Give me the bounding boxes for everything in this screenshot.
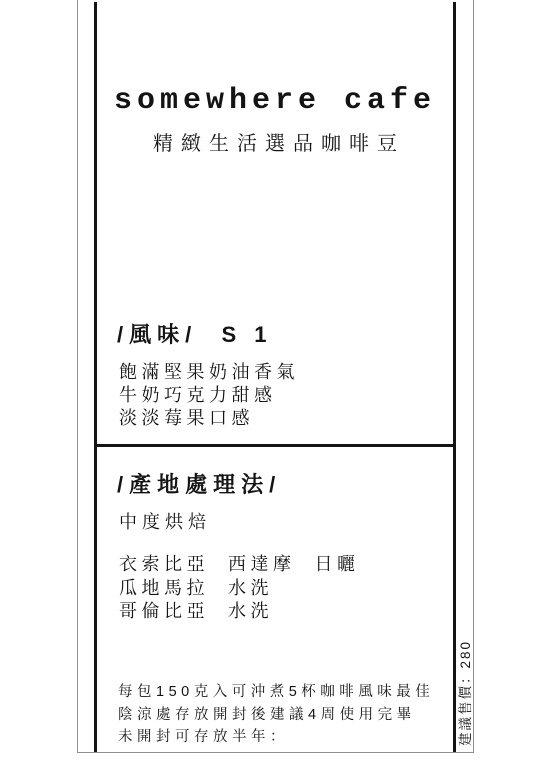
coffee-label-page: somewhere cafe 精緻生活選品咖啡豆 /風味/ S 1 飽滿堅果奶油… <box>0 0 550 776</box>
brand-title: somewhere cafe <box>95 84 455 118</box>
brand-tagline: 精緻生活選品咖啡豆 <box>95 127 455 156</box>
flavor-note-line: 飽滿堅果奶油香氣 <box>119 361 299 384</box>
flavor-notes: 飽滿堅果奶油香氣 牛奶巧克力甜感 淡淡莓果口感 <box>119 361 299 430</box>
bottom-guide-line <box>77 752 474 753</box>
storage-instructions: 每包150克入可沖煮5杯咖啡風味最佳 陰涼處存放開封後建議4周使用完畢 未開封可… <box>118 681 434 749</box>
origin-line: 衣索比亞 西達摩 日曬 <box>119 553 360 577</box>
suggested-price-vertical-text: 建議售價：280 <box>454 628 472 746</box>
flavor-note-line: 淡淡莓果口感 <box>119 407 299 430</box>
storage-line: 陰涼處存放開封後建議4周使用完畢 <box>118 704 434 727</box>
roast-level: 中度烘焙 <box>119 508 211 534</box>
storage-line: 每包150克入可沖煮5杯咖啡風味最佳 <box>118 681 434 704</box>
flavor-note-line: 牛奶巧克力甜感 <box>119 384 299 407</box>
flavor-section-heading: /風味/ S 1 <box>117 318 272 349</box>
origin-list: 衣索比亞 西達摩 日曬 瓜地馬拉 水洗 哥倫比亞 水洗 <box>119 553 360 624</box>
left-guide-line <box>77 0 78 753</box>
storage-line: 未開封可存放半年： <box>118 726 434 749</box>
origin-section-heading: /產地處理法/ <box>117 468 281 499</box>
origin-line: 瓜地馬拉 水洗 <box>119 577 360 601</box>
right-guide-line <box>473 0 474 753</box>
origin-line: 哥倫比亞 水洗 <box>119 600 360 624</box>
section-divider-line <box>94 444 456 447</box>
